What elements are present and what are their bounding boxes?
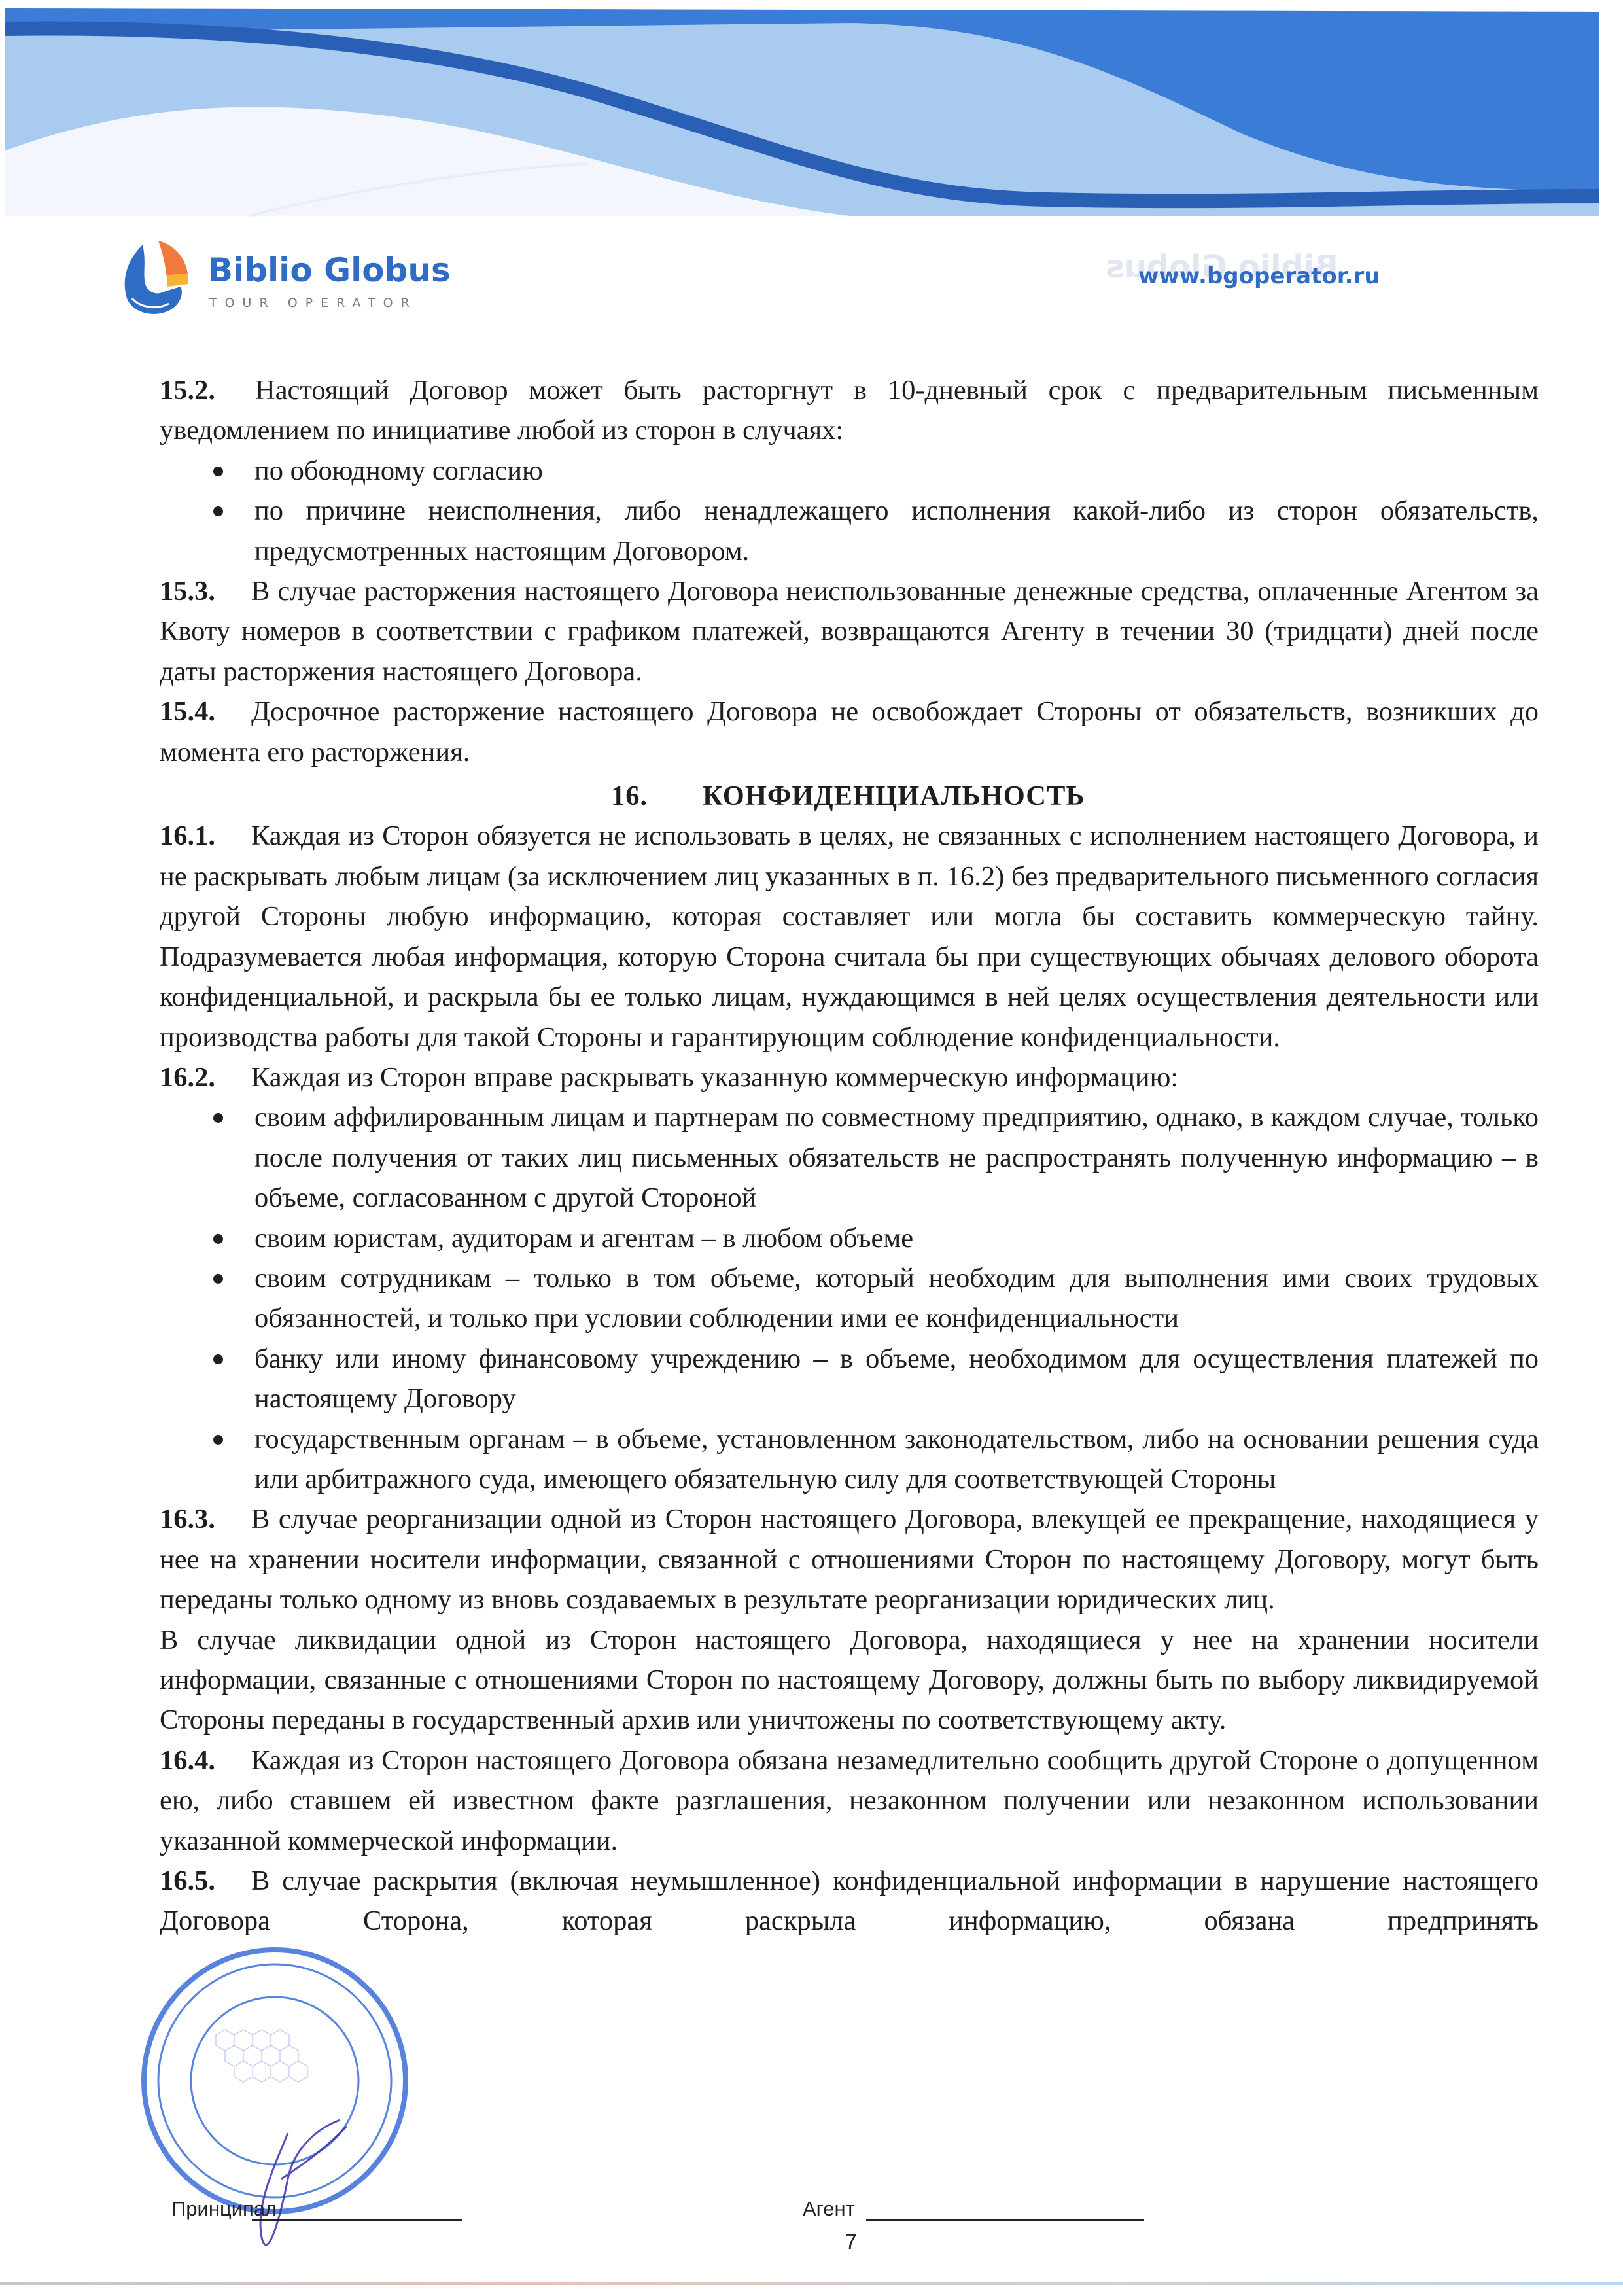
- clause-number: 16.1.: [160, 816, 251, 856]
- brand-name: Biblio Globus: [208, 251, 451, 289]
- clause-text: Настоящий Договор может быть расторгнут …: [160, 375, 1539, 446]
- bullet-icon: [213, 1234, 223, 1244]
- bullet-icon: [213, 1354, 223, 1364]
- clause-number: 15.3.: [160, 571, 251, 611]
- header-wave-banner: [0, 0, 1623, 222]
- clause-text: Досрочное расторжение настоящего Договор…: [160, 696, 1539, 767]
- clause-number: 16.2.: [160, 1057, 251, 1097]
- clause-16-3: 16.3.В случае реорганизации одной из Сто…: [160, 1499, 1539, 1619]
- clause-number: 15.4.: [160, 692, 251, 732]
- list-item: своим сотрудникам – только в том объеме,…: [160, 1258, 1539, 1339]
- agent-label: Агент: [803, 2197, 855, 2221]
- section-title: КОНФИДЕНЦИАЛЬНОСТЬ: [703, 781, 1085, 811]
- clause-16-2-list: своим аффилированным лицам и партнерам п…: [160, 1097, 1539, 1499]
- clause-text: В случае расторжения настоящего Договора…: [160, 576, 1539, 687]
- list-item: своим юристам, аудиторам и агентам – в л…: [160, 1218, 1539, 1258]
- list-item: по обоюдному согласию: [160, 451, 1539, 491]
- clause-16-2: 16.2.Каждая из Сторон вправе раскрывать …: [160, 1057, 1539, 1097]
- clause-text: Каждая из Сторон настоящего Договора обя…: [160, 1745, 1539, 1856]
- principal-signature-line: [252, 2219, 462, 2221]
- clause-number: 16.4.: [160, 1740, 251, 1780]
- section-heading: 16.КОНФИДЕНЦИАЛЬНОСТЬ: [160, 776, 1539, 816]
- brand-tagline: TOUR OPERATOR: [209, 296, 417, 310]
- clause-16-3-continuation: В случае ликвидации одной из Сторон наст…: [160, 1620, 1539, 1740]
- clause-15-2: 15.2.Настоящий Договор может быть растор…: [160, 370, 1539, 451]
- list-item: банку или иному финансовому учреждению –…: [160, 1339, 1539, 1419]
- signature-row: Принципал Агент: [171, 2197, 1218, 2236]
- clause-16-1: 16.1.Каждая из Сторон обязуется не испол…: [160, 816, 1539, 1057]
- clause-number: 16.5.: [160, 1861, 251, 1901]
- website-link[interactable]: www.bgoperator.ru: [1138, 263, 1380, 289]
- list-item: по причине неисполнения, либо ненадлежащ…: [160, 491, 1539, 571]
- page-number: 7: [845, 2230, 857, 2254]
- bullet-icon: [213, 467, 223, 476]
- list-item: своим аффилированным лицам и партнерам п…: [160, 1097, 1539, 1218]
- clause-16-4: 16.4.Каждая из Сторон настоящего Договор…: [160, 1740, 1539, 1861]
- section-number: 16.: [611, 776, 703, 816]
- brand-logo: Biblio Globus TOUR OPERATOR: [118, 236, 510, 321]
- clause-text: В случае реорганизации одной из Сторон н…: [160, 1504, 1539, 1615]
- clause-number: 16.3.: [160, 1499, 251, 1539]
- clause-15-2-list: по обоюдному согласию по причине неиспол…: [160, 451, 1539, 571]
- clause-15-3: 15.3.В случае расторжения настоящего Дог…: [160, 571, 1539, 692]
- bullet-icon: [213, 1113, 223, 1123]
- clause-text: Каждая из Сторон вправе раскрывать указа…: [251, 1062, 1178, 1093]
- agent-signature-line: [866, 2219, 1144, 2221]
- contract-body: 15.2.Настоящий Договор может быть растор…: [160, 370, 1539, 1941]
- clause-text: В случае раскрытия (включая неумышленное…: [160, 1865, 1539, 1936]
- clause-16-5: 16.5.В случае раскрытия (включая неумышл…: [160, 1861, 1539, 1941]
- clause-number: 15.2.: [160, 370, 255, 410]
- sail-globe-icon: [118, 236, 196, 321]
- bullet-icon: [213, 506, 223, 516]
- bullet-icon: [213, 1274, 223, 1284]
- clause-15-4: 15.4.Досрочное расторжение настоящего До…: [160, 692, 1539, 772]
- bullet-icon: [213, 1435, 223, 1445]
- principal-label: Принципал: [171, 2197, 277, 2221]
- clause-text: Каждая из Сторон обязуется не использова…: [160, 821, 1539, 1052]
- list-item: государственным органам – в объеме, уста…: [160, 1419, 1539, 1500]
- page-edge-divider: [0, 2282, 1623, 2285]
